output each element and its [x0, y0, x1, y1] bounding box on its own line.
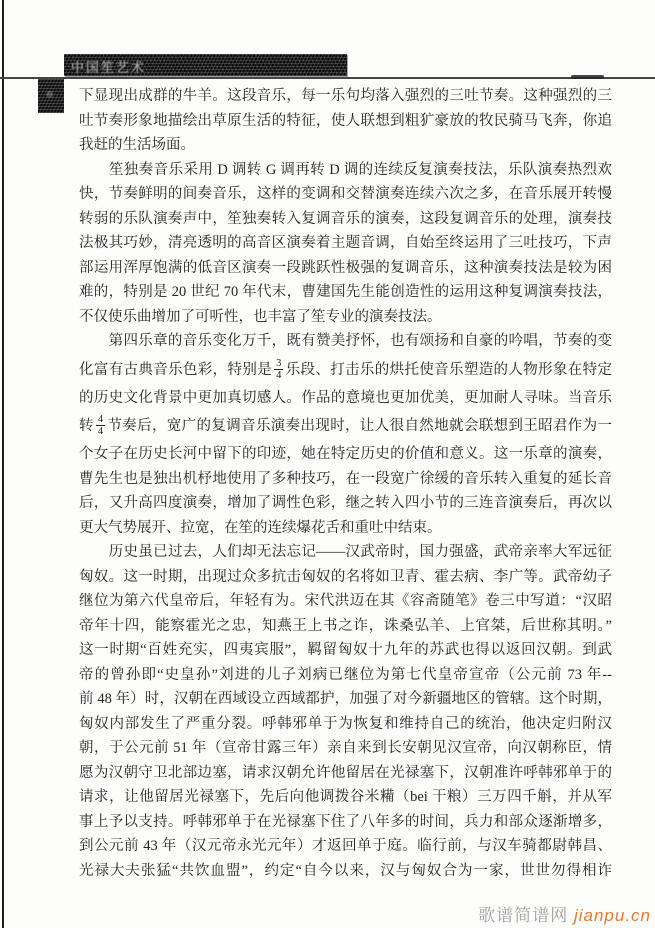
- text-line: 转弱的乐队演奏声中，笙独奏转入复调音乐的演奏，这段复调音乐的处理，演奏技: [79, 207, 612, 232]
- text-line: 帝年十四，能察霍光之忠，知燕王上书之诈，诛桑弘羊、上官桀，后世称其明。”: [79, 614, 612, 639]
- rule-ink-smudge: [571, 75, 604, 79]
- text-line: 帝的曾孙即“史皇孙”刘进的儿子刘病已继位为第七代皇帝宣帝（公元前 73 年--: [79, 663, 612, 688]
- text-line: 事上予以支持。呼韩邪单于在光禄塞下住了八年多的时间，兵力和部众逐渐增多，: [79, 810, 612, 835]
- text-column: 下显现出成群的牛羊。这段音乐，每一乐句均落入强烈的三吐节奏。这种强烈的三吐节奏形…: [79, 84, 612, 883]
- text-line: 历史虽已过去，人们却无法忘记——汉武帝时，国力强盛，武帝亲率大军远征: [79, 540, 612, 565]
- text-line: 朝，于公元前 51 年（宣帝甘露三年）亲自来到长安朝见汉宣帝，向汉朝称臣，情: [79, 736, 612, 761]
- text-line: 前 48 年）时，汉朝在西域设立西域都护，加强了对今新疆地区的管辖。这个时期，: [79, 687, 612, 712]
- book-title: 中国笙艺术: [71, 57, 146, 76]
- text-line: 快，节奏鲜明的间奏音乐，这样的变调和交替演奏连续六次之多，在音乐展开转慢: [79, 182, 612, 207]
- page-left-edge-line: [2, 0, 4, 928]
- page-number-tab: [38, 79, 64, 113]
- text-line: 光禄大夫张猛“共饮血盟”，约定“自今以来，汉与匈奴合为一家，世世勿得相诈: [79, 859, 612, 884]
- text-line: 部运用浑厚饱满的低音区演奏一段跳跃性极强的复调音乐，这种演奏技法是较为困: [79, 256, 612, 281]
- watermark-site-name: 歌谱简谱网: [478, 906, 568, 925]
- text-line: 难的，特别是 20 世纪 70 年代末，曹建国先生能创造性的运用这种复调演奏技法…: [79, 280, 612, 305]
- text-line: 这一时期“百姓充实，四夷宾服”，羁留匈奴十九年的苏武也得以返回汉朝。到武: [79, 638, 612, 663]
- text-line: 转44节奏后，宽广的复调音乐演奏出现时，让人很自然地就会联想到王昭君作为一: [79, 410, 612, 442]
- text-line: 后，又升高四度演奏，增加了调性色彩，继之转入四小节的三连音演奏后，再次以: [79, 491, 612, 516]
- watermark: 歌谱简谱网 jianpu.cn: [478, 901, 651, 926]
- text-line: 继位为第六代皇帝后，年轻有为。宋代洪迈在其《容斋随笔》卷三中写道：“汉昭: [79, 589, 612, 614]
- text-line: 不仅使乐曲增加了可听性，也丰富了笙专业的演奏技法。: [79, 305, 612, 330]
- watermark-domain: jianpu.cn: [574, 906, 651, 925]
- meter-fraction: 44: [96, 414, 105, 437]
- header-banner: 中国笙艺术: [64, 54, 347, 76]
- header-rule: [0, 77, 655, 79]
- text-line: 请求，让他留居光禄塞下，先后向他调拨谷米糒（bei 干粮）三万四千斛，并从军: [79, 785, 612, 810]
- text-line: 第四乐章的音乐变化万千，既有赞美抒怀，也有颂扬和自豪的吟唱，节奏的变: [79, 329, 612, 354]
- text-line: 更大气势展开、拉宽，在笙的连续爆花舌和重吐中结束。: [79, 516, 612, 541]
- text-line: 的历史文化背景中更加真切感人。作品的意境也更加优美，更加耐人寻味。当音乐: [79, 386, 612, 411]
- text-line: 下显现出成群的牛羊。这段音乐，每一乐句均落入强烈的三吐节奏。这种强烈的三: [79, 84, 612, 109]
- text-line: 我赶的生活场面。: [79, 133, 612, 158]
- text-line: 曹先生也是独出机杼地使用了多种技巧，在一段宽广徐缓的音乐转入重复的延长音: [79, 467, 612, 492]
- text-line: 匈奴。这一时期，出现过众多抗击匈奴的名将如卫青、霍去病、李广等。武帝幼子: [79, 565, 612, 590]
- text-line: 化富有古典音乐色彩，特别是34乐段、打击乐的烘托使音乐塑造的人物形象在特定: [79, 354, 612, 386]
- text-line: 匈奴内部发生了严重分裂。呼韩邪单于为恢复和维持自己的统治，他决定归附汉: [79, 712, 612, 737]
- text-line: 笙独奏音乐采用 D 调转 G 调再转 D 调的连续反复演奏技法，乐队演奏热烈欢: [79, 158, 612, 183]
- text-line: 愿为汉朝守卫北部边塞，请求汉朝允许他留居在光禄塞下，汉朝准许呼韩邪单于的: [79, 761, 612, 786]
- text-line: 法极其巧妙，清亮透明的高音区演奏着主题音调，自始至终运用了三吐技巧，下声: [79, 231, 612, 256]
- text-line: 到公元前 43 年（汉元帝永光元年）才返回单于庭。临行前，与汉车骑都尉韩昌、: [79, 834, 612, 859]
- text-line: 吐节奏形象地描绘出草原生活的特征，使人联想到粗犷豪放的牧民骑马飞奔，你追: [79, 109, 612, 134]
- meter-fraction: 34: [274, 358, 283, 381]
- text-line: 个女子在历史长河中留下的印迹，她在特定历史的价值和意义。这一乐章的演奏，: [79, 442, 612, 467]
- scanned-book-page: 中国笙艺术 下显现出成群的牛羊。这段音乐，每一乐句均落入强烈的三吐节奏。这种强烈…: [0, 0, 655, 928]
